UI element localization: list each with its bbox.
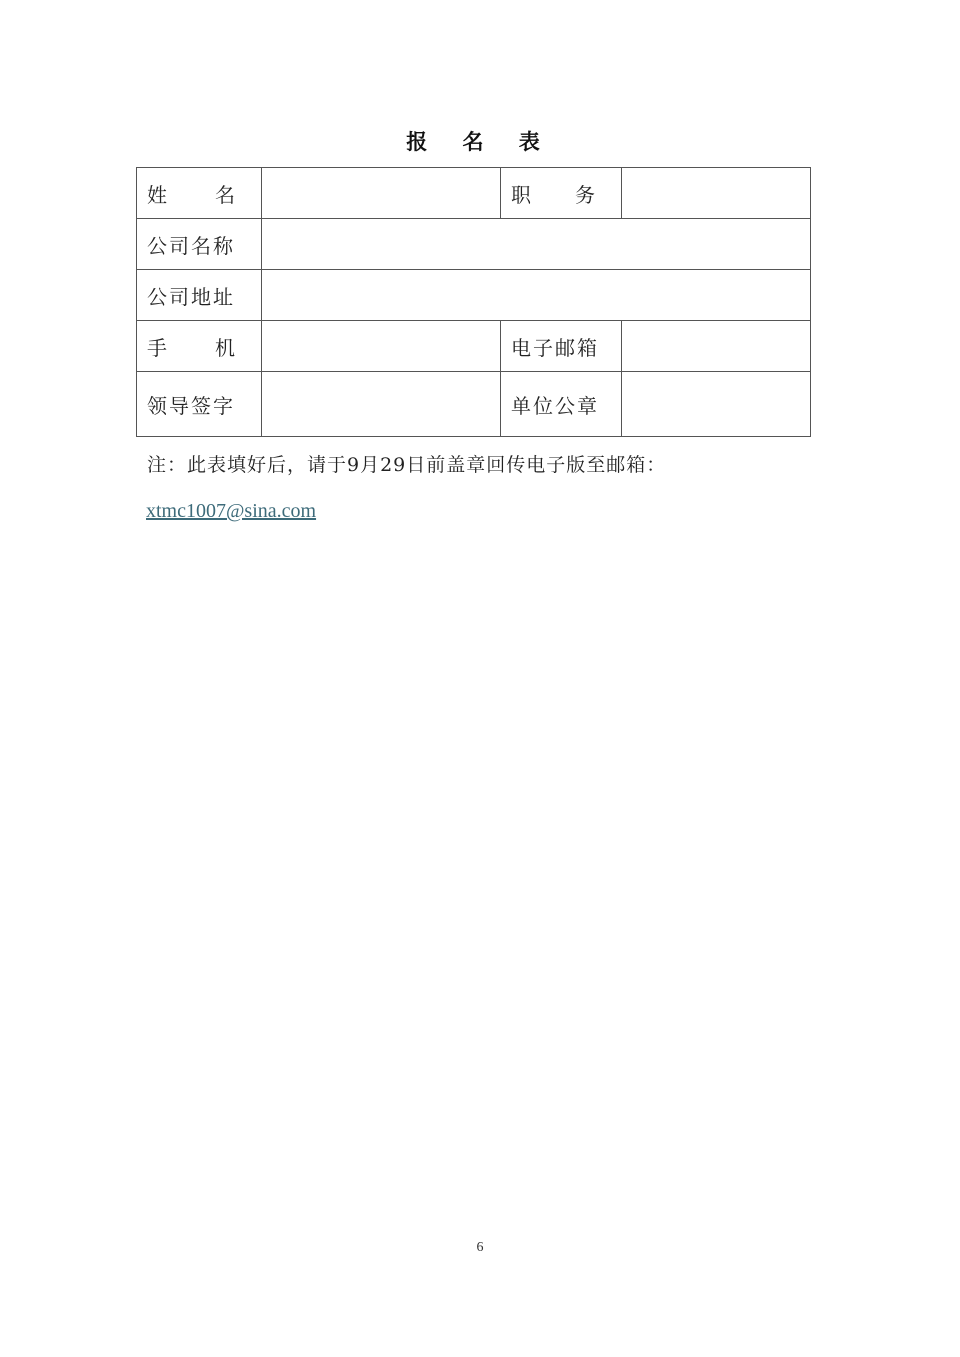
name-field[interactable] xyxy=(262,168,501,219)
submission-note: 注：此表填好后，请于9月29日前盖章回传电子版至邮箱： xyxy=(147,450,666,477)
label-char: 务 xyxy=(575,179,595,208)
label-char: 机 xyxy=(215,332,235,361)
mobile-field[interactable] xyxy=(262,321,501,372)
label-name: 姓名 xyxy=(137,168,262,219)
label-char: 姓 xyxy=(147,179,167,208)
email-field[interactable] xyxy=(622,321,811,372)
table-row: 公司名称 xyxy=(137,219,811,270)
label-char: 名 xyxy=(215,179,235,208)
label-char: 职 xyxy=(511,179,531,208)
label-company-seal: 单位公章 xyxy=(501,372,622,437)
page-title: 报 名 表 xyxy=(0,126,960,156)
position-field[interactable] xyxy=(622,168,811,219)
email-link[interactable]: xtmc1007@sina.com xyxy=(146,500,316,523)
table-row: 领导签字 单位公章 xyxy=(137,372,811,437)
table-row: 姓名 职务 xyxy=(137,168,811,219)
label-char: 手 xyxy=(147,332,167,361)
label-position: 职务 xyxy=(501,168,622,219)
label-company-name: 公司名称 xyxy=(137,219,262,270)
label-leader-signature: 领导签字 xyxy=(137,372,262,437)
table-row: 手机 电子邮箱 xyxy=(137,321,811,372)
table-row: 公司地址 xyxy=(137,270,811,321)
page-number: 6 xyxy=(0,1240,960,1256)
company-seal-field[interactable] xyxy=(622,372,811,437)
label-mobile: 手机 xyxy=(137,321,262,372)
label-email: 电子邮箱 xyxy=(501,321,622,372)
label-company-address: 公司地址 xyxy=(137,270,262,321)
company-address-field[interactable] xyxy=(262,270,811,321)
registration-form-table: 姓名 职务 公司名称 公司地址 手机 电子邮箱 领导签字 单位公章 xyxy=(136,167,811,437)
leader-signature-field[interactable] xyxy=(262,372,501,437)
company-name-field[interactable] xyxy=(262,219,811,270)
